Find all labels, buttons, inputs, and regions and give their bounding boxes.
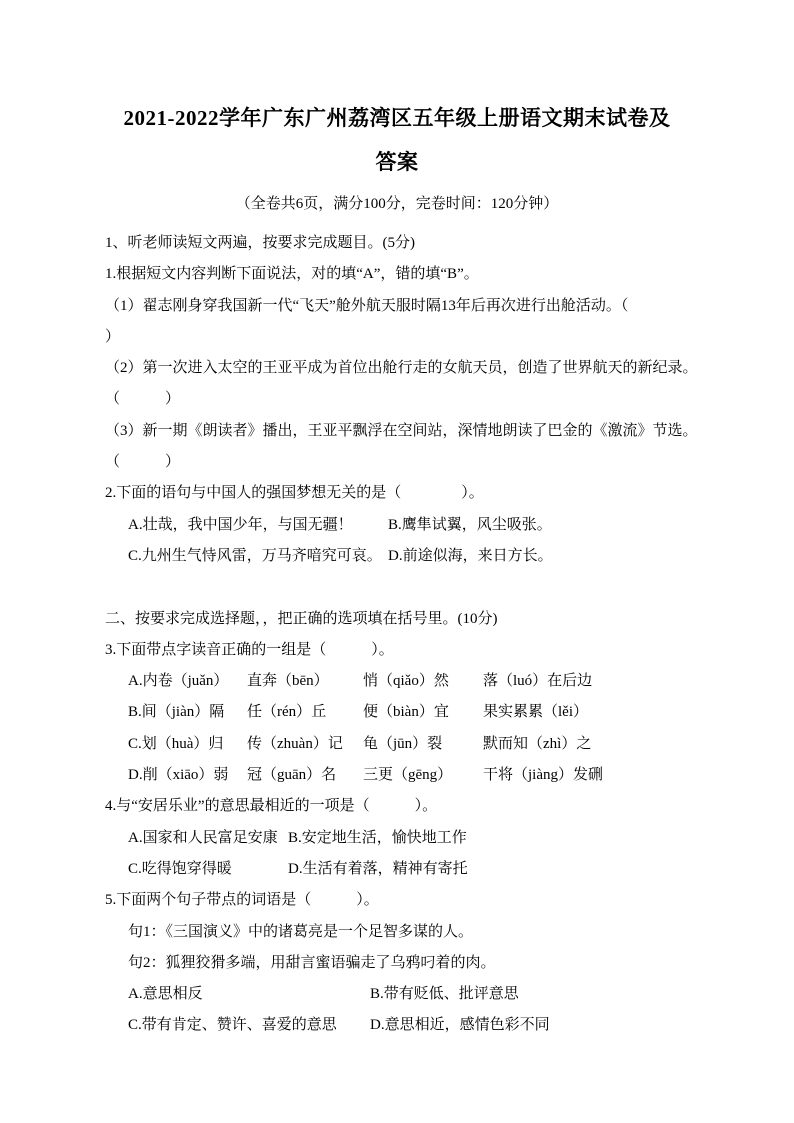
text-segment: 4.与“安居乐业”的意思最相近的一项是（ ）。 xyxy=(105,798,437,814)
q3-stem: 3.下面带点字读音正确的一组是（ ）。 xyxy=(105,635,746,666)
text-segment: 句2：狐狸狡猾多端，用甜言蜜语骗走了乌鸦叼着的肉。 xyxy=(128,955,496,971)
text-segment: A.国家和人民富足安康 xyxy=(128,823,288,854)
text-segment: 冠（guān）名 xyxy=(247,760,363,791)
text-segment: 果实累累（lěi） xyxy=(483,697,746,728)
text-segment: ） xyxy=(105,329,120,345)
text-segment: （3）新一期《朗读者》播出，王亚平飘浮在空间站，深情地朗读了巴金的《激流》节选。 xyxy=(105,423,698,439)
text-segment: 句1：《三国演义》中的诸葛亮是一个足智多谋的人。 xyxy=(128,924,473,940)
q5-options-ab: A.意思相反B.带有贬低、批评意思 xyxy=(105,979,746,1010)
text-segment: 三更（gēng） xyxy=(363,760,483,791)
q3-option-d: D.削（xiāo）弱冠（guān）名三更（gēng）干将（jiàng）发硎 xyxy=(105,760,746,791)
q2-options-ab: A.壮哉，我中国少年，与国无疆！B.鹰隼试翼，风尘吸张。 xyxy=(105,510,746,541)
text-segment: 任（rén）丘 xyxy=(247,697,363,728)
q3-option-b: B.间（jiàn）隔任（rén）丘便（biàn）宜果实累累（lěi） xyxy=(105,697,746,728)
text-segment: （ ） xyxy=(105,391,180,407)
text-segment: 5.下面两个句子带点的词语是（ ）。 xyxy=(105,892,379,908)
q5-stem: 5.下面两个句子带点的词语是（ ）。 xyxy=(105,885,746,916)
text-segment: 传（zhuàn）记 xyxy=(247,729,363,760)
q1-item-2: （2）第一次进入太空的王亚平成为首位出舱行走的女航天员，创造了世界航天的新纪录。 xyxy=(105,353,746,384)
text-segment: A.壮哉，我中国少年，与国无疆！ xyxy=(128,510,388,541)
text-segment: B.间（jiàn）隔 xyxy=(128,697,247,728)
q5-options-cd: C.带有肯定、赞许、喜爱的意思D.意思相近，感情色彩不同 xyxy=(105,1010,746,1041)
text-segment: 便（biàn）宜 xyxy=(363,697,483,728)
section-1-header: 1、听老师读短文两遍，按要求完成题目。(5分) xyxy=(105,228,746,259)
q3-option-a: A.内卷（juǎn）直奔（bēn）悄（qiǎo）然落（luó）在后边 xyxy=(105,666,746,697)
paper-header: 2021-2022学年广东广州荔湾区五年级上册语文期末试卷及 答案 （全卷共6页… xyxy=(0,0,794,216)
page-title-line2: 答案 xyxy=(0,140,794,184)
document-body: 1、听老师读短文两遍，按要求完成题目。(5分)1.根据短文内容判断下面说法，对的… xyxy=(105,228,746,1042)
text-segment: C.带有肯定、赞许、喜爱的意思 xyxy=(128,1010,370,1041)
spacer xyxy=(105,572,746,603)
text-segment: （1）翟志刚身穿我国新一代“飞天”舱外航天服时隔13年后再次进行出舱活动。（ xyxy=(105,298,628,314)
text-segment: 直奔（bēn） xyxy=(247,666,363,697)
q1-item-1: （1）翟志刚身穿我国新一代“飞天”舱外航天服时隔13年后再次进行出舱活动。（ xyxy=(105,291,746,322)
text-segment: 落（luó）在后边 xyxy=(483,666,746,697)
text-segment: C.吃得饱穿得暖 xyxy=(128,854,288,885)
text-segment: （ ） xyxy=(105,454,180,470)
page-title-line1: 2021-2022学年广东广州荔湾区五年级上册语文期末试卷及 xyxy=(0,96,794,140)
text-segment: B.鹰隼试翼，风尘吸张。 xyxy=(388,510,746,541)
q1-item-3-bracket: （ ） xyxy=(105,447,746,478)
paper-info-line: （全卷共6页，满分100分，完卷时间：120分钟） xyxy=(0,192,794,216)
text-segment: 1.根据短文内容判断下面说法，对的填“A”，错的填“B”。 xyxy=(105,266,479,282)
text-segment: B.安定地生活，愉快地工作 xyxy=(288,823,746,854)
q5-sentence-1: 句1：《三国演义》中的诸葛亮是一个足智多谋的人。 xyxy=(105,917,746,948)
q4-stem: 4.与“安居乐业”的意思最相近的一项是（ ）。 xyxy=(105,791,746,822)
text-segment: 二、按要求完成选择题，，把正确的选项填在括号里。(10分) xyxy=(105,611,498,627)
text-segment: 悄（qiǎo）然 xyxy=(363,666,483,697)
text-segment: 干将（jiàng）发硎 xyxy=(483,760,746,791)
text-segment: 默而知（zhì）之 xyxy=(483,729,746,760)
text-segment: 龟（jūn）裂 xyxy=(363,729,483,760)
exam-paper-page: 2021-2022学年广东广州荔湾区五年级上册语文期末试卷及 答案 （全卷共6页… xyxy=(0,0,794,1123)
text-segment: D.前途似海，来日方长。 xyxy=(388,541,746,572)
q2-options-cd: C.九州生气恃风雷，万马齐喑究可哀。D.前途似海，来日方长。 xyxy=(105,541,746,572)
q5-sentence-2: 句2：狐狸狡猾多端，用甜言蜜语骗走了乌鸦叼着的肉。 xyxy=(105,948,746,979)
q4-options-ab: A.国家和人民富足安康B.安定地生活，愉快地工作 xyxy=(105,823,746,854)
text-segment: 1、听老师读短文两遍，按要求完成题目。(5分) xyxy=(105,235,415,251)
q3-option-c: C.划（huà）归传（zhuàn）记龟（jūn）裂默而知（zhì）之 xyxy=(105,729,746,760)
text-segment xyxy=(105,579,109,595)
text-segment: D.削（xiāo）弱 xyxy=(128,760,247,791)
text-segment: D.生活有着落，精神有寄托 xyxy=(288,854,746,885)
section-2-header: 二、按要求完成选择题，，把正确的选项填在括号里。(10分) xyxy=(105,604,746,635)
text-segment: D.意思相近，感情色彩不同 xyxy=(370,1010,746,1041)
text-segment: A.内卷（juǎn） xyxy=(128,666,247,697)
text-segment: A.意思相反 xyxy=(128,979,370,1010)
text-segment: 3.下面带点字读音正确的一组是（ ）。 xyxy=(105,642,394,658)
q1-instruction: 1.根据短文内容判断下面说法，对的填“A”，错的填“B”。 xyxy=(105,259,746,290)
q4-options-cd: C.吃得饱穿得暖D.生活有着落，精神有寄托 xyxy=(105,854,746,885)
q2-stem: 2.下面的语句与中国人的强国梦想无关的是（ ）。 xyxy=(105,478,746,509)
text-segment: 2.下面的语句与中国人的强国梦想无关的是（ ）。 xyxy=(105,485,484,501)
q1-item-3: （3）新一期《朗读者》播出，王亚平飘浮在空间站，深情地朗读了巴金的《激流》节选。 xyxy=(105,416,746,447)
text-segment: B.带有贬低、批评意思 xyxy=(370,979,746,1010)
text-segment: C.九州生气恃风雷，万马齐喑究可哀。 xyxy=(128,541,388,572)
q1-item-1-bracket: ） xyxy=(105,322,746,353)
text-segment: （2）第一次进入太空的王亚平成为首位出舱行走的女航天员，创造了世界航天的新纪录。 xyxy=(105,360,698,376)
text-segment: C.划（huà）归 xyxy=(128,729,247,760)
q1-item-2-bracket: （ ） xyxy=(105,384,746,415)
